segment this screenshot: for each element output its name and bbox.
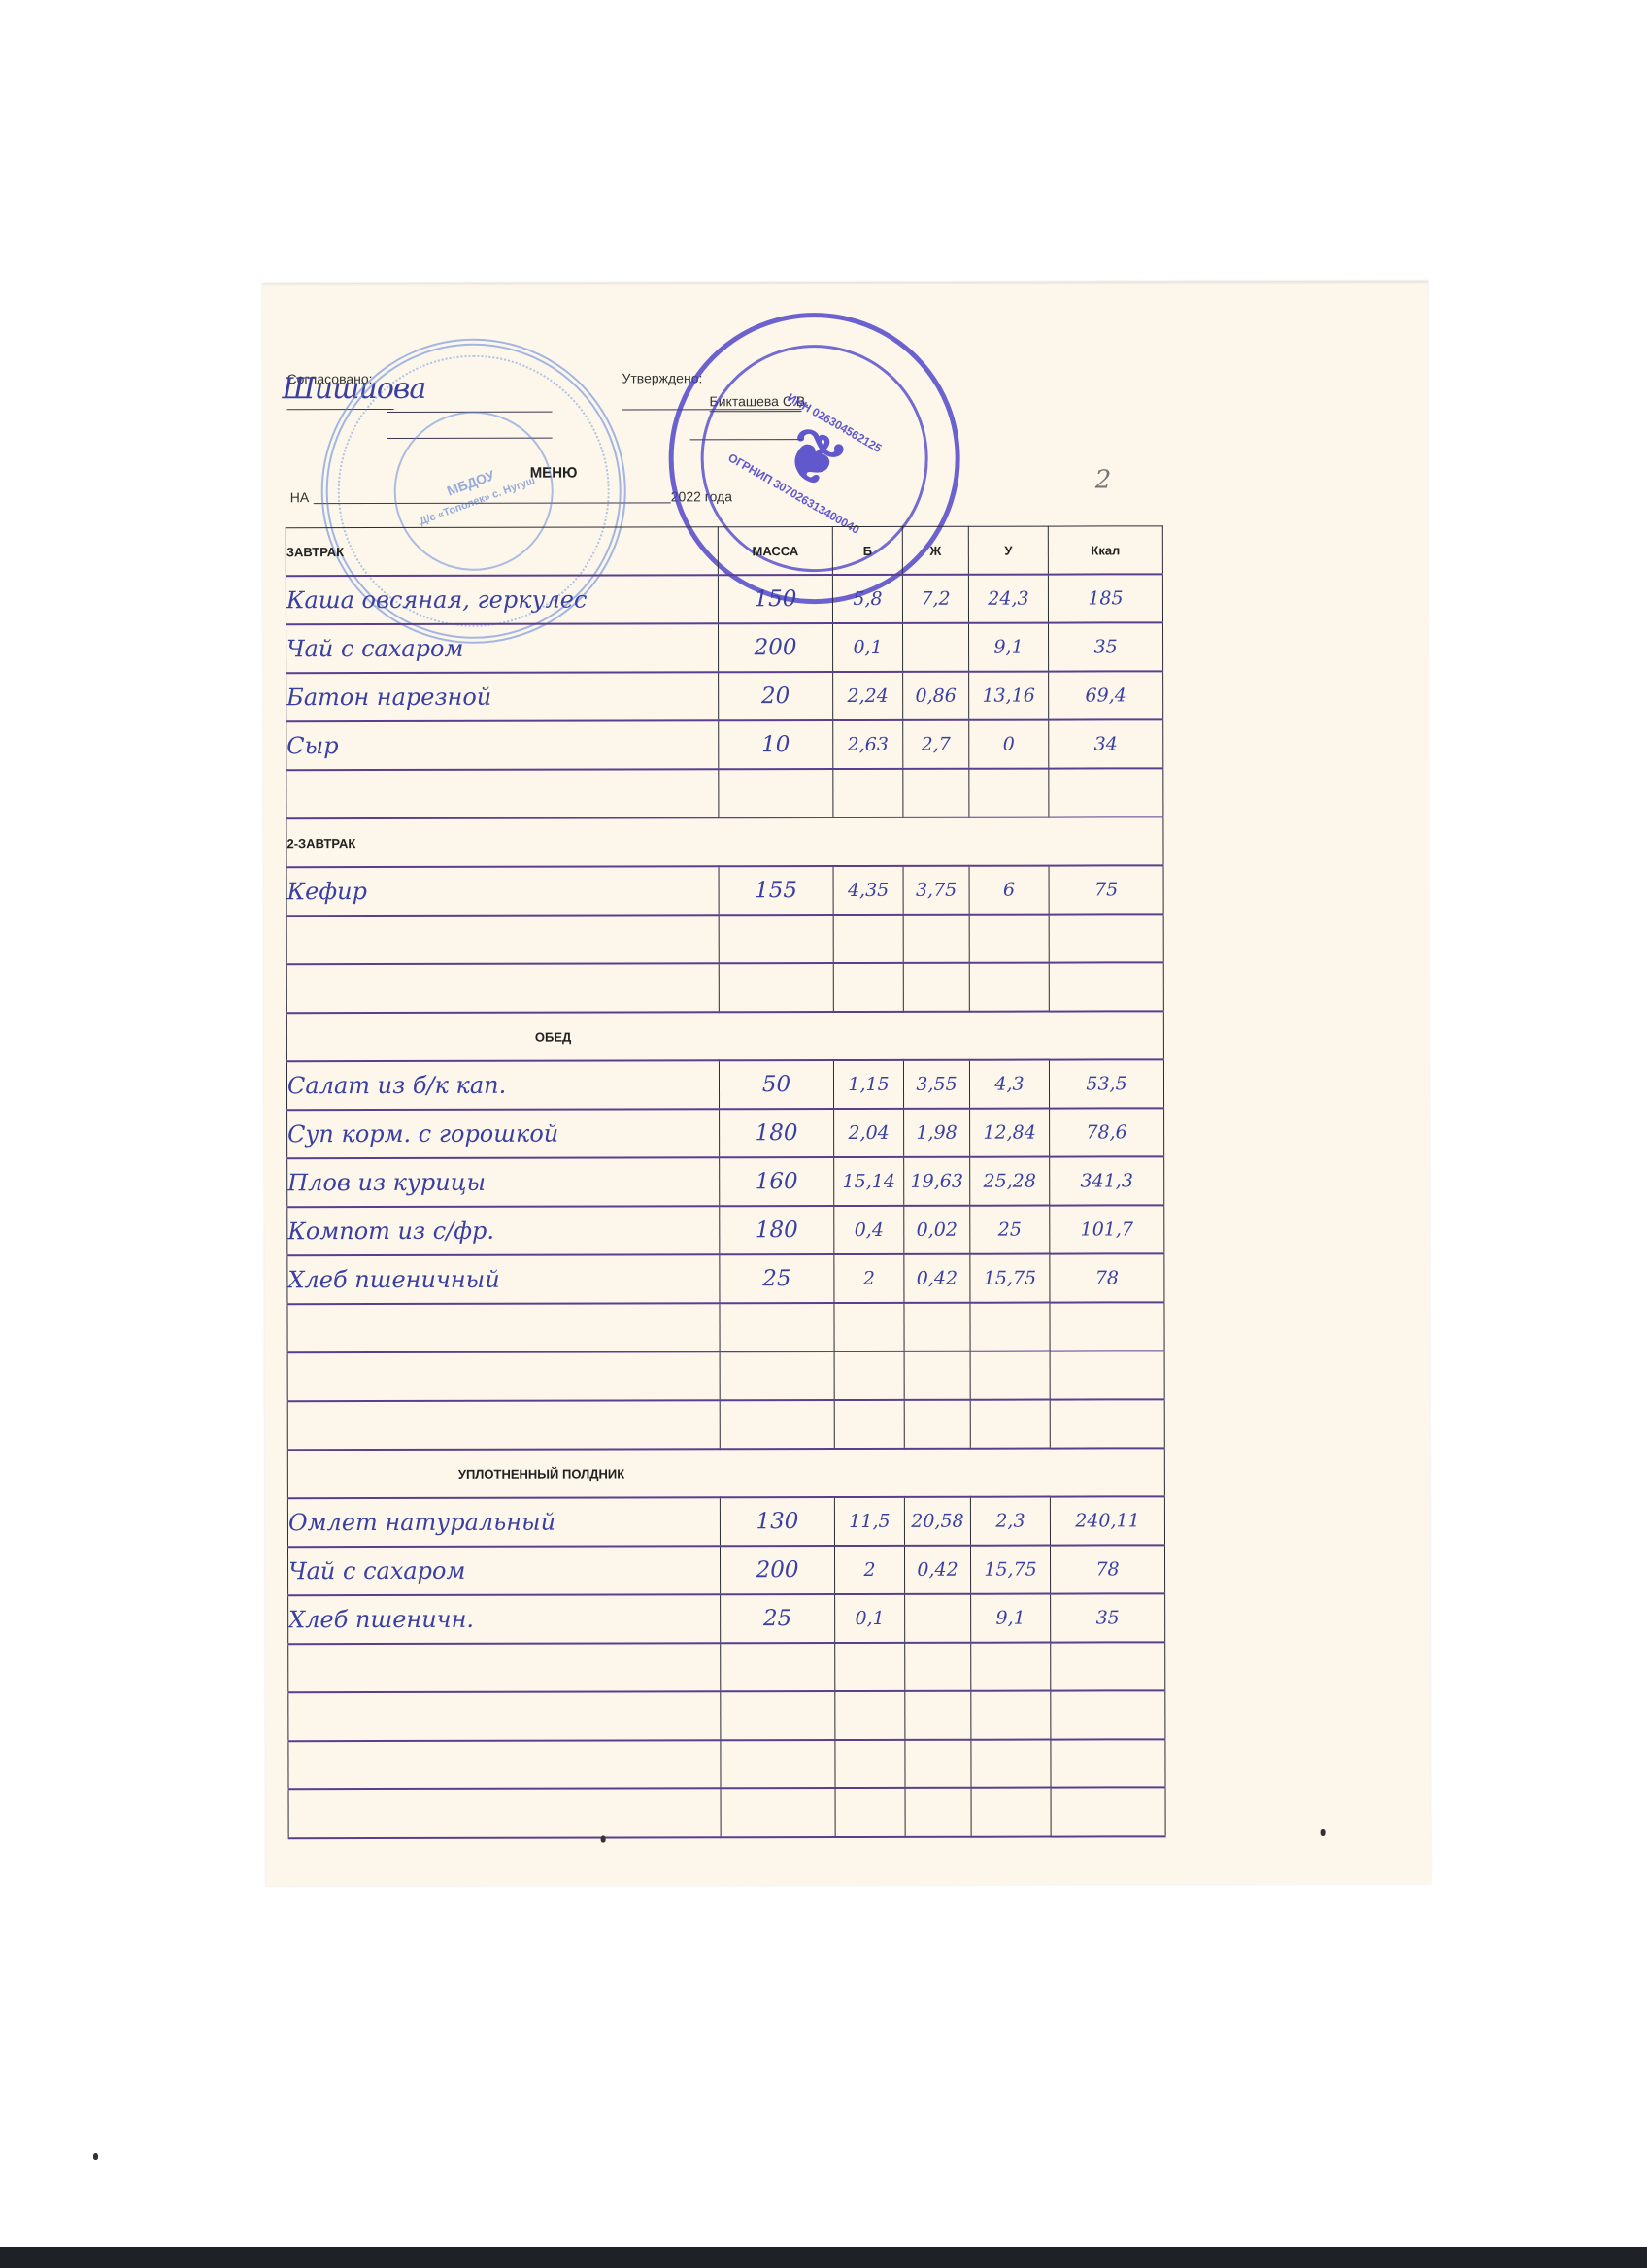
kcal-cell (1051, 1787, 1165, 1836)
protein-cell: 2 (834, 1546, 904, 1594)
fat-cell (904, 1303, 970, 1351)
dish-name-cell (288, 1788, 721, 1838)
carbs-cell: 25,28 (970, 1157, 1050, 1206)
dish-name-cell: Сыр (286, 720, 719, 770)
dish-name-cell: Батон нарезной (286, 672, 719, 721)
dish-name-cell (287, 1351, 720, 1401)
dish-name-cell: Чай с сахаром (287, 1546, 720, 1595)
date-prefix: НА (290, 489, 309, 505)
dish-name-cell (287, 1400, 720, 1450)
protein-cell (835, 1788, 905, 1837)
mass-cell: 25 (721, 1594, 835, 1643)
fat-cell (903, 915, 969, 963)
col-header-fat: Ж (902, 526, 968, 575)
kcal-cell: 75 (1049, 865, 1163, 914)
fat-cell (905, 1594, 971, 1643)
protein-cell (834, 1351, 904, 1400)
kcal-cell: 78,6 (1050, 1108, 1164, 1156)
protein-cell: 0,1 (835, 1594, 905, 1643)
table-row: Кефир1554,353,75675 (286, 865, 1163, 916)
protein-cell (835, 1691, 905, 1740)
section-header-row: ОБЕД (286, 1011, 1163, 1061)
carbs-cell (970, 1303, 1050, 1351)
scan-speck (1321, 1829, 1326, 1836)
scanner-edge (0, 2247, 1647, 2268)
carbs-cell: 9,1 (969, 623, 1049, 672)
kcal-cell (1050, 1302, 1164, 1351)
kcal-cell (1050, 1399, 1164, 1448)
table-row (288, 1690, 1165, 1741)
page-number: 2 (1095, 465, 1112, 494)
scan-speck (601, 1836, 606, 1843)
protein-cell: 11,5 (834, 1497, 904, 1546)
protein-cell: 2,04 (834, 1109, 904, 1157)
table-row: Каша овсяная, геркулес1505,87,224,3185 (286, 574, 1162, 624)
mass-cell (719, 963, 833, 1012)
carbs-cell: 0 (969, 720, 1049, 769)
fat-cell: 20,58 (904, 1497, 970, 1546)
protein-cell: 15,14 (834, 1157, 904, 1206)
carbs-cell (971, 1691, 1051, 1740)
kcal-cell: 69,4 (1049, 671, 1163, 719)
mass-cell: 150 (718, 575, 832, 623)
table-row (287, 1302, 1164, 1352)
dish-name-cell: Плов из курицы (287, 1157, 720, 1207)
mass-cell (719, 915, 833, 963)
carbs-cell (970, 1351, 1050, 1400)
protein-cell (835, 1740, 905, 1788)
fat-cell (903, 623, 969, 672)
carbs-cell (969, 769, 1049, 817)
kcal-cell: 35 (1051, 1593, 1165, 1642)
menu-table: ЗАВТРАК МАССА Б Ж У Ккал Каша овсяная, г… (286, 525, 1166, 1839)
section-header-row: УПЛОТНЕННЫЙ ПОЛДНИК (287, 1448, 1164, 1498)
protein-cell (835, 1643, 905, 1691)
table-row (286, 962, 1163, 1013)
table-row (288, 1739, 1165, 1789)
paper-edge (262, 281, 1428, 287)
protein-cell: 1,15 (833, 1060, 903, 1109)
fat-cell (904, 1400, 970, 1449)
fat-cell (903, 963, 969, 1012)
fat-cell (903, 769, 969, 817)
mass-cell: 180 (720, 1206, 834, 1254)
protein-cell: 4,35 (833, 866, 903, 915)
carbs-cell: 6 (969, 866, 1049, 915)
kcal-cell: 78 (1050, 1253, 1164, 1302)
kcal-cell (1051, 1690, 1165, 1739)
dish-name-cell: Омлет натуральный (287, 1497, 720, 1547)
table-row (286, 914, 1163, 964)
dish-name-cell (286, 915, 719, 964)
kcal-cell: 34 (1049, 719, 1163, 768)
carbs-cell: 4,3 (969, 1060, 1049, 1109)
kcal-cell: 341,3 (1050, 1156, 1164, 1205)
fat-cell: 3,55 (903, 1060, 969, 1109)
col-header-protein: Б (832, 526, 902, 575)
mass-cell: 180 (720, 1109, 834, 1157)
kcal-cell: 53,5 (1049, 1059, 1163, 1108)
fat-cell: 0,02 (904, 1206, 970, 1254)
table-row: Чай с сахаром2000,19,135 (286, 622, 1163, 673)
mass-cell: 20 (719, 672, 833, 720)
kcal-cell (1050, 1351, 1164, 1399)
kcal-cell: 240,11 (1050, 1496, 1164, 1545)
table-row (288, 1787, 1165, 1838)
dish-name-cell (288, 1691, 721, 1741)
carbs-cell: 9,1 (971, 1594, 1051, 1643)
col-header-kcal: Ккал (1048, 526, 1162, 575)
mass-cell (720, 1351, 834, 1400)
protein-cell: 2 (834, 1254, 904, 1303)
dish-name-cell (288, 1643, 721, 1692)
carbs-cell: 15,75 (970, 1254, 1050, 1303)
fat-cell: 2,7 (903, 720, 969, 769)
mass-cell (721, 1740, 835, 1788)
table-row: Батон нарезной202,240,8613,1669,4 (286, 671, 1163, 721)
section-title: 2-ЗАВТРАК (286, 817, 1163, 867)
protein-cell: 2,63 (833, 720, 903, 769)
fat-cell: 0,42 (904, 1546, 970, 1594)
protein-cell: 2,24 (833, 672, 903, 720)
carbs-cell (969, 963, 1049, 1012)
mass-cell (719, 769, 833, 817)
table-row: Хлеб пшеничный2520,4215,7578 (287, 1253, 1164, 1304)
carbs-cell: 13,16 (969, 672, 1049, 720)
col-header-mass: МАССА (718, 527, 832, 576)
kcal-cell (1049, 768, 1163, 817)
table-row: Сыр102,632,7034 (286, 719, 1163, 770)
mass-cell: 50 (719, 1060, 833, 1109)
col-header-carbs: У (968, 526, 1048, 575)
protein-cell: 5,8 (832, 575, 902, 623)
kcal-cell (1049, 914, 1163, 962)
table-row: Суп корм. с горошкой1802,041,9812,8478,6 (287, 1108, 1164, 1158)
dish-name-cell (286, 963, 719, 1013)
fat-cell (905, 1788, 971, 1837)
mass-cell: 155 (719, 866, 833, 915)
carbs-cell (971, 1740, 1051, 1788)
mass-cell (721, 1788, 835, 1837)
dish-name-cell: Хлеб пшеничн. (288, 1594, 721, 1644)
protein-cell: 0,4 (834, 1206, 904, 1254)
protein-cell (833, 915, 903, 963)
carbs-cell: 12,84 (970, 1109, 1050, 1157)
kcal-cell: 35 (1049, 622, 1163, 671)
fat-cell: 1,98 (904, 1109, 970, 1157)
carbs-cell (971, 1788, 1051, 1837)
section-title: УПЛОТНЕННЫЙ ПОЛДНИК (287, 1448, 1164, 1498)
protein-cell (834, 1303, 904, 1351)
carbs-cell: 15,75 (970, 1546, 1050, 1594)
table-row: Хлеб пшеничн.250,19,135 (288, 1593, 1165, 1644)
table-row: Плов из курицы16015,1419,6325,28341,3 (287, 1156, 1164, 1207)
carbs-cell (969, 915, 1049, 963)
fat-cell (905, 1740, 971, 1788)
section-header-row: 2-ЗАВТРАК (286, 817, 1163, 867)
mass-cell: 130 (720, 1497, 834, 1546)
mass-cell: 200 (720, 1546, 834, 1594)
dish-name-cell: Салат из б/к кап. (286, 1060, 719, 1110)
table-row: Салат из б/к кап.501,153,554,353,5 (286, 1059, 1163, 1110)
dish-name-cell: Суп корм. с горошкой (287, 1109, 720, 1158)
mass-cell: 10 (719, 720, 833, 769)
table-row: Омлет натуральный13011,520,582,3240,11 (287, 1496, 1164, 1547)
carbs-cell (970, 1400, 1050, 1449)
protein-cell: 0,1 (833, 623, 903, 672)
carbs-cell: 2,3 (970, 1497, 1050, 1546)
carbs-cell: 24,3 (968, 575, 1048, 623)
dish-name-cell: Хлеб пшеничный (287, 1254, 720, 1304)
fat-cell: 0,86 (903, 672, 969, 720)
dish-name-cell: Каша овсяная, геркулес (286, 575, 718, 624)
kcal-cell: 101,7 (1050, 1205, 1164, 1253)
dish-name-cell: Компот из с/фр. (287, 1206, 720, 1255)
table-row (287, 1351, 1164, 1401)
section-title: ОБЕД (286, 1011, 1163, 1061)
menu-sheet: Согласовано: Шишиова Утверждено: Бикташе… (262, 281, 1430, 1887)
kcal-cell: 185 (1048, 574, 1162, 622)
kcal-cell (1051, 1739, 1165, 1787)
mass-cell (720, 1400, 834, 1449)
protein-cell (834, 1400, 904, 1449)
dish-name-cell (288, 1740, 721, 1789)
menu-table-body: Каша овсяная, геркулес1505,87,224,3185Ча… (286, 574, 1165, 1838)
table-row: Компот из с/фр.1800,40,0225101,7 (287, 1205, 1164, 1255)
table-header-row: ЗАВТРАК МАССА Б Ж У Ккал (286, 526, 1162, 576)
scan-speck (93, 2153, 98, 2160)
kcal-cell (1049, 962, 1163, 1011)
carbs-cell (971, 1643, 1051, 1691)
dish-name-cell (286, 769, 719, 818)
kcal-cell (1051, 1642, 1165, 1690)
fat-cell (905, 1643, 971, 1691)
mass-cell (721, 1691, 835, 1740)
section-title-breakfast: ЗАВТРАК (286, 527, 718, 576)
fat-cell: 3,75 (903, 866, 969, 915)
carbs-cell: 25 (970, 1206, 1050, 1254)
protein-cell (833, 963, 903, 1012)
dish-name-cell (287, 1303, 720, 1352)
dish-name-cell: Чай с сахаром (286, 623, 719, 673)
protein-cell (833, 769, 903, 817)
fat-cell: 19,63 (904, 1157, 970, 1206)
table-row (287, 1399, 1164, 1450)
mass-cell: 200 (719, 623, 833, 672)
kcal-cell: 78 (1050, 1545, 1164, 1593)
fat-cell (904, 1351, 970, 1400)
mass-cell: 160 (720, 1157, 834, 1206)
table-row (288, 1642, 1165, 1692)
fat-cell (905, 1691, 971, 1740)
mass-cell (720, 1303, 834, 1351)
mass-cell (721, 1643, 835, 1691)
fat-cell: 7,2 (902, 575, 968, 623)
table-row: Чай с сахаром20020,4215,7578 (287, 1545, 1164, 1595)
fat-cell: 0,42 (904, 1254, 970, 1303)
mass-cell: 25 (720, 1254, 834, 1303)
table-row (286, 768, 1163, 818)
dish-name-cell: Кефир (286, 866, 719, 916)
